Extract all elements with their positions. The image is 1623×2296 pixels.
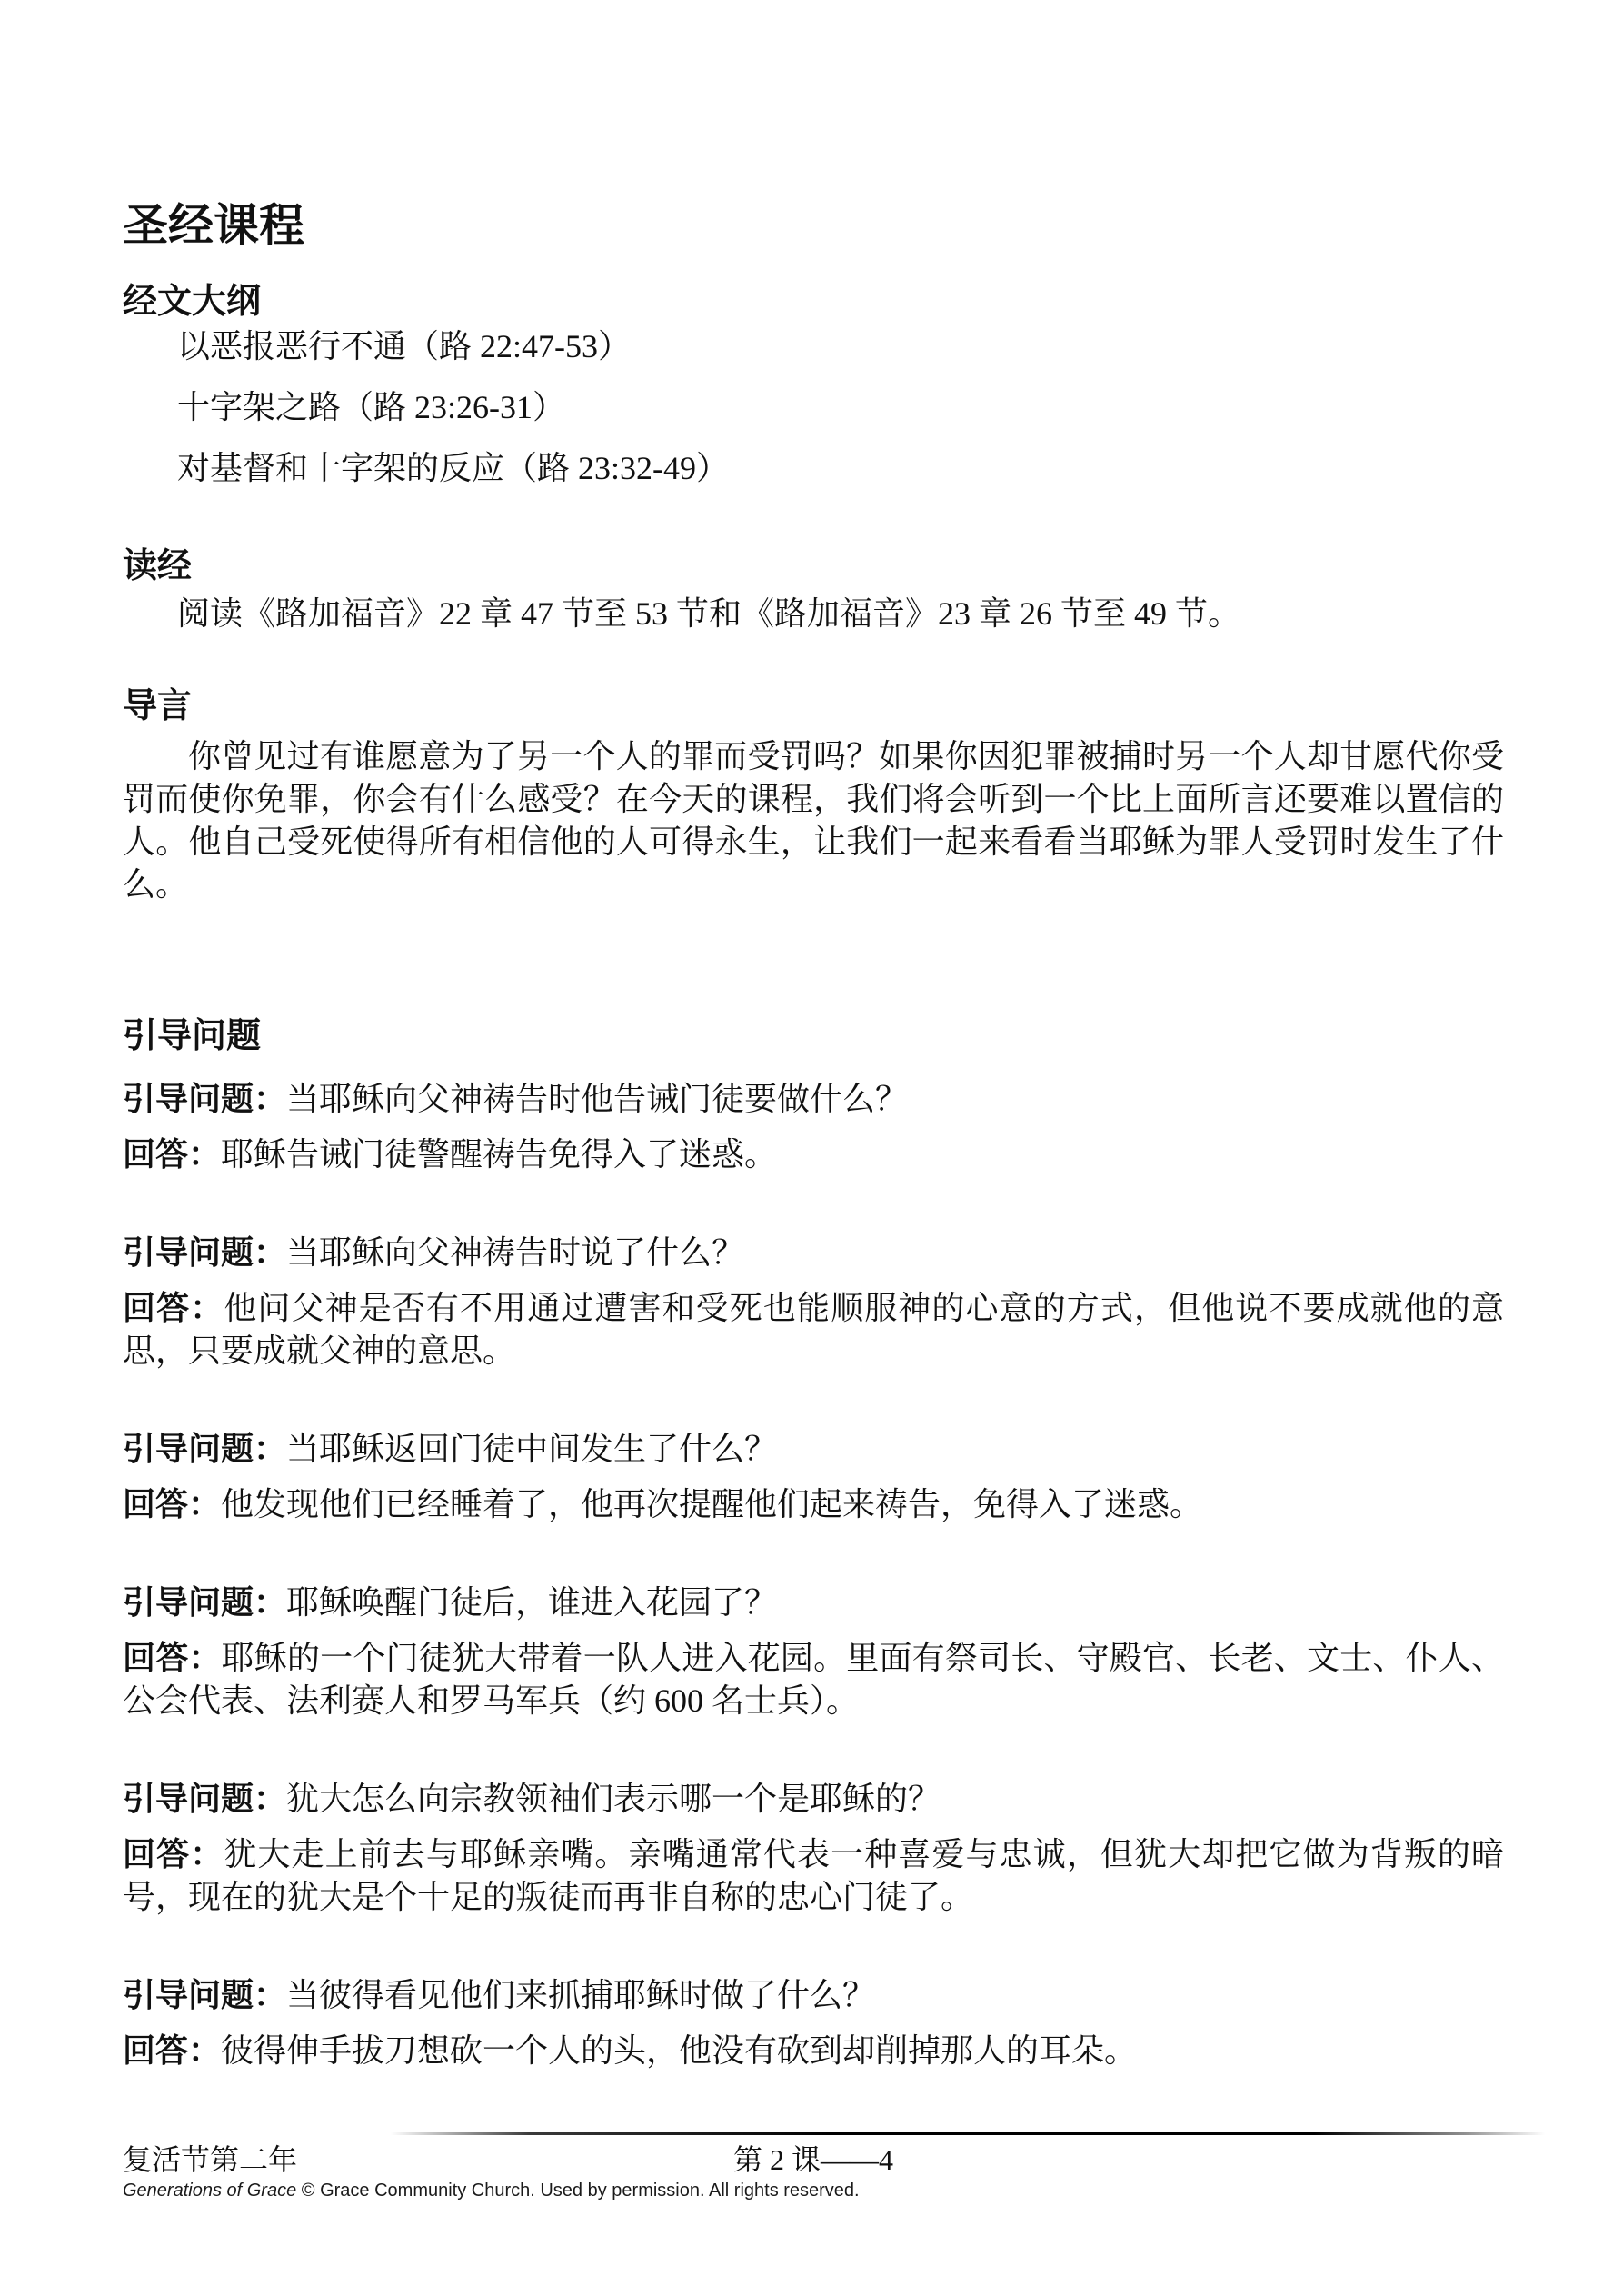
question-label: 引导问题： xyxy=(123,1080,286,1117)
footer-copyright: Generations of Grace © Grace Community C… xyxy=(123,2180,1504,2202)
qa-pair: 引导问题：当耶稣返回门徒中间发生了什么？ 回答：他发现他们已经睡着了，他再次提醒… xyxy=(123,1427,1504,1526)
question-label: 引导问题： xyxy=(123,1780,286,1817)
question-text: 当彼得看见他们来抓捕耶稣时做了什么？ xyxy=(286,1977,875,2013)
answer-line: 回答：犹大走上前去与耶稣亲嘴。亲嘴通常代表一种喜爱与忠诚，但犹大却把它做为背叛的… xyxy=(123,1832,1504,1919)
question-line: 引导问题：当彼得看见他们来抓捕耶稣时做了什么？ xyxy=(123,1973,1504,2017)
answer-text: 耶稣告诫门徒警醒祷告免得入了迷惑。 xyxy=(221,1136,777,1173)
document-page: 圣经课程 经文大纲 以恶报恶行不通（路 22:47-53） 十字架之路（路 23… xyxy=(123,0,1504,2072)
qa-pair: 引导问题：当彼得看见他们来抓捕耶稣时做了什么？ 回答：彼得伸手拔刀想砍一个人的头… xyxy=(123,1973,1504,2072)
answer-line: 回答：耶稣告诫门徒警醒祷告免得入了迷惑。 xyxy=(123,1133,1504,1176)
copyright-work-title: Generations of Grace xyxy=(123,2181,296,2201)
answer-line: 回答：耶稣的一个门徒犹大带着一队人进入花园。里面有祭司长、守殿官、长老、文士、仆… xyxy=(123,1636,1504,1722)
introduction-paragraph: 你曾见过有谁愿意为了另一个人的罪而受罚吗？如果你因犯罪被捕时另一个人却甘愿代你受… xyxy=(123,735,1504,906)
answer-label: 回答： xyxy=(123,2031,221,2069)
outline-item: 以恶报恶行不通（路 22:47-53） xyxy=(123,325,1504,368)
page-title: 圣经课程 xyxy=(123,0,1504,253)
introduction-heading: 导言 xyxy=(123,686,1504,728)
question-text: 犹大怎么向宗教领袖们表示哪一个是耶稣的？ xyxy=(286,1781,941,1817)
answer-label: 回答： xyxy=(123,1639,222,1676)
answer-text: 他问父神是否有不用通过遭害和受死也能顺服神的心意的方式，但他说不要成就他的意思，… xyxy=(123,1290,1504,1369)
qa-pair: 引导问题：耶稣唤醒门徒后，谁进入花园了？ 回答：耶稣的一个门徒犹大带着一队人进入… xyxy=(123,1581,1504,1722)
footer-page-number: 第 2 课——4 xyxy=(123,2142,1504,2177)
outline-item: 对基督和十字架的反应（路 23:32-49） xyxy=(123,447,1504,490)
question-label: 引导问题： xyxy=(123,1233,286,1271)
qa-pair: 引导问题：当耶稣向父神祷告时他告诫门徒要做什么？ 回答：耶稣告诫门徒警醒祷告免得… xyxy=(123,1077,1504,1176)
question-line: 引导问题：当耶稣向父神祷告时他告诫门徒要做什么？ xyxy=(123,1077,1504,1121)
question-line: 引导问题：当耶稣向父神祷告时说了什么？ xyxy=(123,1231,1504,1274)
question-label: 引导问题： xyxy=(123,1430,286,1467)
reading-text: 阅读《路加福音》22 章 47 节至 53 节和《路加福音》23 章 26 节至… xyxy=(123,593,1504,635)
question-line: 引导问题：当耶稣返回门徒中间发生了什么？ xyxy=(123,1427,1504,1471)
question-label: 引导问题： xyxy=(123,1583,286,1621)
question-text: 当耶稣返回门徒中间发生了什么？ xyxy=(286,1431,777,1467)
question-line: 引导问题：耶稣唤醒门徒后，谁进入花园了？ xyxy=(123,1581,1504,1624)
question-text: 耶稣唤醒门徒后，谁进入花园了？ xyxy=(286,1584,777,1621)
answer-text: 犹大走上前去与耶稣亲嘴。亲嘴通常代表一种喜爱与忠诚，但犹大却把它做为背叛的暗号，… xyxy=(123,1836,1504,1915)
answer-line: 回答：他问父神是否有不用通过遭害和受死也能顺服神的心意的方式，但他说不要成就他的… xyxy=(123,1286,1504,1373)
footer-course-label: 复活节第二年 xyxy=(123,2142,297,2177)
question-line: 引导问题：犹大怎么向宗教领袖们表示哪一个是耶稣的？ xyxy=(123,1777,1504,1821)
question-text: 当耶稣向父神祷告时他告诫门徒要做什么？ xyxy=(286,1081,908,1117)
question-label: 引导问题： xyxy=(123,1976,286,2013)
qa-pair: 引导问题：当耶稣向父神祷告时说了什么？ 回答：他问父神是否有不用通过遭害和受死也… xyxy=(123,1231,1504,1373)
answer-label: 回答： xyxy=(123,1135,221,1173)
answer-label: 回答： xyxy=(123,1485,221,1522)
footer-divider xyxy=(391,2132,1545,2135)
answer-text: 彼得伸手拔刀想砍一个人的头，他没有砍到却削掉那人的耳朵。 xyxy=(221,2032,1137,2069)
reading-heading: 读经 xyxy=(123,546,1504,588)
answer-line: 回答：彼得伸手拔刀想砍一个人的头，他没有砍到却削掉那人的耳朵。 xyxy=(123,2029,1504,2072)
answer-line: 回答：他发现他们已经睡着了，他再次提醒他们起来祷告，免得入了迷惑。 xyxy=(123,1482,1504,1526)
questions-heading: 引导问题 xyxy=(123,1016,1504,1058)
answer-text: 他发现他们已经睡着了，他再次提醒他们起来祷告，免得入了迷惑。 xyxy=(221,1486,1202,1522)
qa-pair: 引导问题：犹大怎么向宗教领袖们表示哪一个是耶稣的？ 回答：犹大走上前去与耶稣亲嘴… xyxy=(123,1777,1504,1919)
answer-text: 耶稣的一个门徒犹大带着一队人进入花园。里面有祭司长、守殿官、长老、文士、仆人、公… xyxy=(123,1640,1504,1719)
answer-label: 回答： xyxy=(123,1289,224,1326)
question-text: 当耶稣向父神祷告时说了什么？ xyxy=(286,1234,744,1271)
answer-label: 回答： xyxy=(123,1835,224,1872)
outline-item: 十字架之路（路 23:26-31） xyxy=(123,386,1504,429)
copyright-text: © Grace Community Church. Used by permis… xyxy=(296,2181,859,2201)
outline-heading: 经文大纲 xyxy=(123,282,1504,324)
